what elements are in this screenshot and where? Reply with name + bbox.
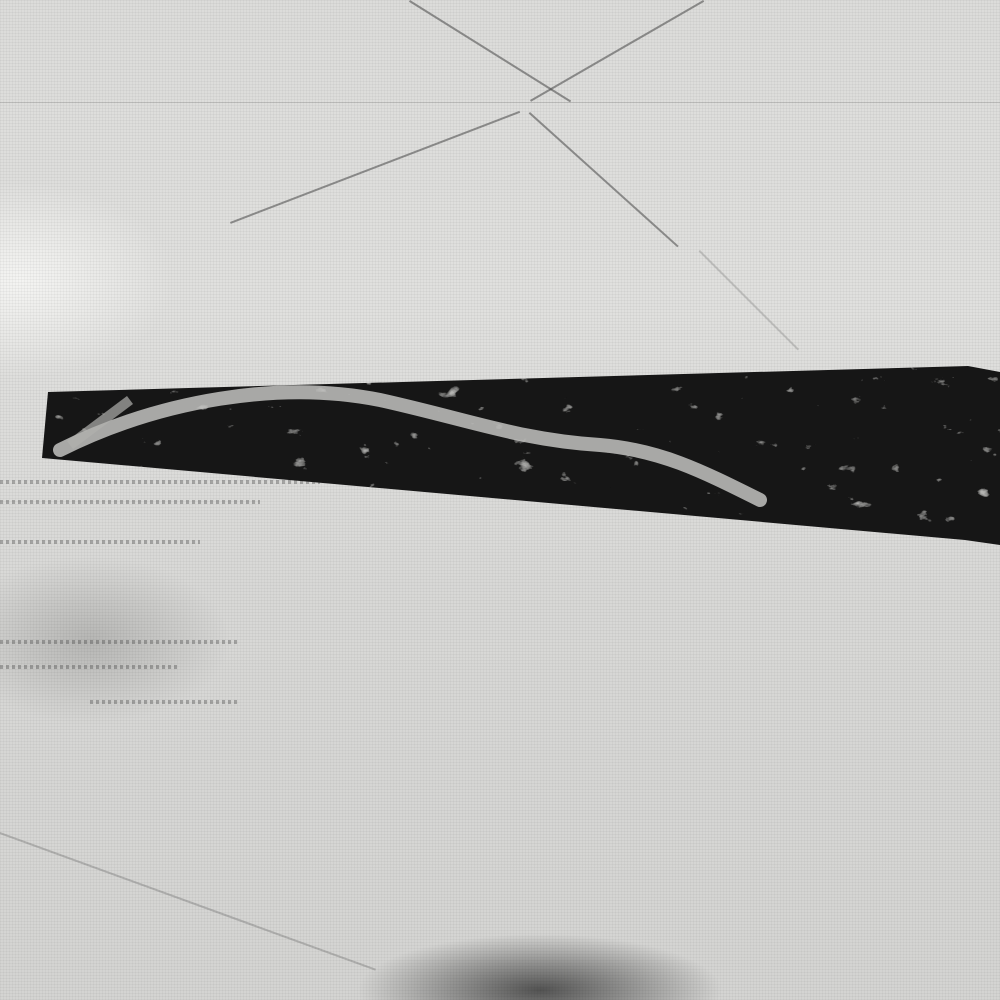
marble-strip	[0, 0, 1000, 1000]
collage-canvas	[0, 0, 1000, 1000]
